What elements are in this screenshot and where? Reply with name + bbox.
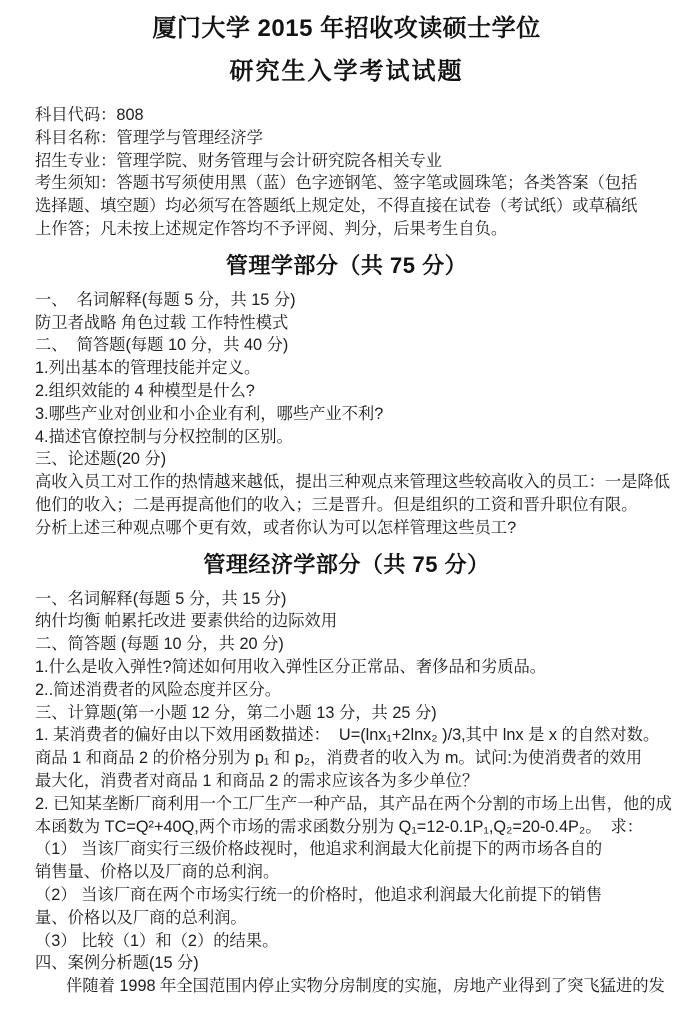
exam-title-line2: 研究生入学考试试题 xyxy=(35,57,658,87)
econ-q3-sub1-line-2: 销售量、价格以及厂商的总利润。 xyxy=(35,861,658,884)
mgmt-q3-text-line-1: 高收入员工对工作的热情越来越低，提出三种观点来管理这些较高收入的员工：一是降低 xyxy=(35,471,658,494)
mgmt-q2-item-3: 3.哪些产业对创业和小企业有利，哪些产业不利? xyxy=(35,403,658,426)
mgmt-q1-heading: 一、 名词解释(每题 5 分，共 15 分) xyxy=(35,289,658,312)
econ-q4-heading: 四、案例分析题(15 分) xyxy=(35,952,658,975)
candidate-notice-line-2: 选择题、填空题）均必须写在答题纸上规定处，不得直接在试卷（考试纸）或草稿纸 xyxy=(35,195,658,218)
econ-q1-heading: 一、名词解释(每题 5 分，共 15 分) xyxy=(35,588,658,611)
econ-q4-case-text: 伴随着 1998 年全国范围内停止实物分房制度的实施，房地产业得到了突飞猛进的发 xyxy=(35,975,658,998)
management-section-heading: 管理学部分（共 75 分） xyxy=(35,251,658,281)
mgmt-q2-heading: 二、 简答题(每题 10 分，共 40 分) xyxy=(35,334,658,357)
subject-code: 科目代码：808 xyxy=(35,104,658,127)
econ-q1-terms: 纳什均衡 帕累托改进 要素供给的边际效用 xyxy=(35,610,658,633)
econ-q2-item-1: 1.什么是收入弹性?简述如何用收入弹性区分正常品、奢侈品和劣质品。 xyxy=(35,656,658,679)
exam-paper: 厦门大学 2015 年招收攻读硕士学位 研究生入学考试试题 科目代码：808 科… xyxy=(0,0,688,1020)
econ-q3-calc2-line-1: 2. 已知某垄断厂商利用一个工厂生产一种产品，其产品在两个分割的市场上出售，他的… xyxy=(35,793,658,816)
econ-q3-sub2-line-2: 量、价格以及厂商的总利润。 xyxy=(35,907,658,930)
admission-majors: 招生专业：管理学院、财务管理与会计研究院各相关专业 xyxy=(35,150,658,173)
mgmt-q3-text-line-2: 他们的收入；二是再提高他们的收入；三是晋升。但是组织的工资和晋升职位有限。 xyxy=(35,494,658,517)
mgmt-q2-item-2: 2.组织效能的 4 种模型是什么? xyxy=(35,380,658,403)
mgmt-q3-heading: 三、论述题(20 分) xyxy=(35,448,658,471)
economics-section-heading: 管理经济学部分（共 75 分） xyxy=(35,550,658,580)
exam-title-line1: 厦门大学 2015 年招收攻读硕士学位 xyxy=(35,14,658,44)
econ-q3-calc1-line-2: 商品 1 和商品 2 的价格分别为 p₁ 和 p₂，消费者的收入为 m。试问:为… xyxy=(35,747,658,770)
econ-q2-heading: 二、简答题 (每题 10 分，共 20 分) xyxy=(35,633,658,656)
mgmt-q2-item-4: 4.描述官僚控制与分权控制的区别。 xyxy=(35,426,658,449)
mgmt-q2-item-1: 1.列出基本的管理技能并定义。 xyxy=(35,357,658,380)
candidate-notice-line-1: 考生须知：答题书写须使用黑（蓝）色字迹钢笔、签字笔或圆珠笔；各类答案（包括 xyxy=(35,172,658,195)
econ-q3-heading: 三、计算题(第一小题 12 分，第二小题 13 分，共 25 分) xyxy=(35,702,658,725)
mgmt-q3-question: 分析上述三种观点哪个更有效，或者你认为可以怎样管理这些员工? xyxy=(35,517,658,540)
econ-q3-calc1-line-1: 1. 某消费者的偏好由以下效用函数描述： U=(lnx₁+2lnx₂ )/3,其… xyxy=(35,724,658,747)
econ-q3-sub1-line-1: （1） 当该厂商实行三级价格歧视时，他追求利润最大化前提下的两市场各自的 xyxy=(35,838,658,861)
econ-q3-sub2-line-1: （2） 当该厂商在两个市场实行统一的价格时，他追求利润最大化前提下的销售 xyxy=(35,884,658,907)
econ-q3-calc1-line-3: 最大化，消费者对商品 1 和商品 2 的需求应该各为多少单位？ xyxy=(35,770,658,793)
mgmt-q1-terms: 防卫者战略 角色过载 工作特性模式 xyxy=(35,312,658,335)
subject-name: 科目名称：管理学与管理经济学 xyxy=(35,127,658,150)
econ-q2-item-2: 2..简述消费者的风险态度并区分。 xyxy=(35,679,658,702)
econ-q3-sub3: （3） 比较（1）和（2）的结果。 xyxy=(35,930,658,953)
candidate-notice-line-3: 上作答；凡未按上述规定作答均不予评阅、判分，后果考生自负。 xyxy=(35,218,658,241)
econ-q3-calc2-line-2: 本函数为 TC=Q²+40Q,两个市场的需求函数分别为 Q₁=12-0.1P₁,… xyxy=(35,816,658,839)
